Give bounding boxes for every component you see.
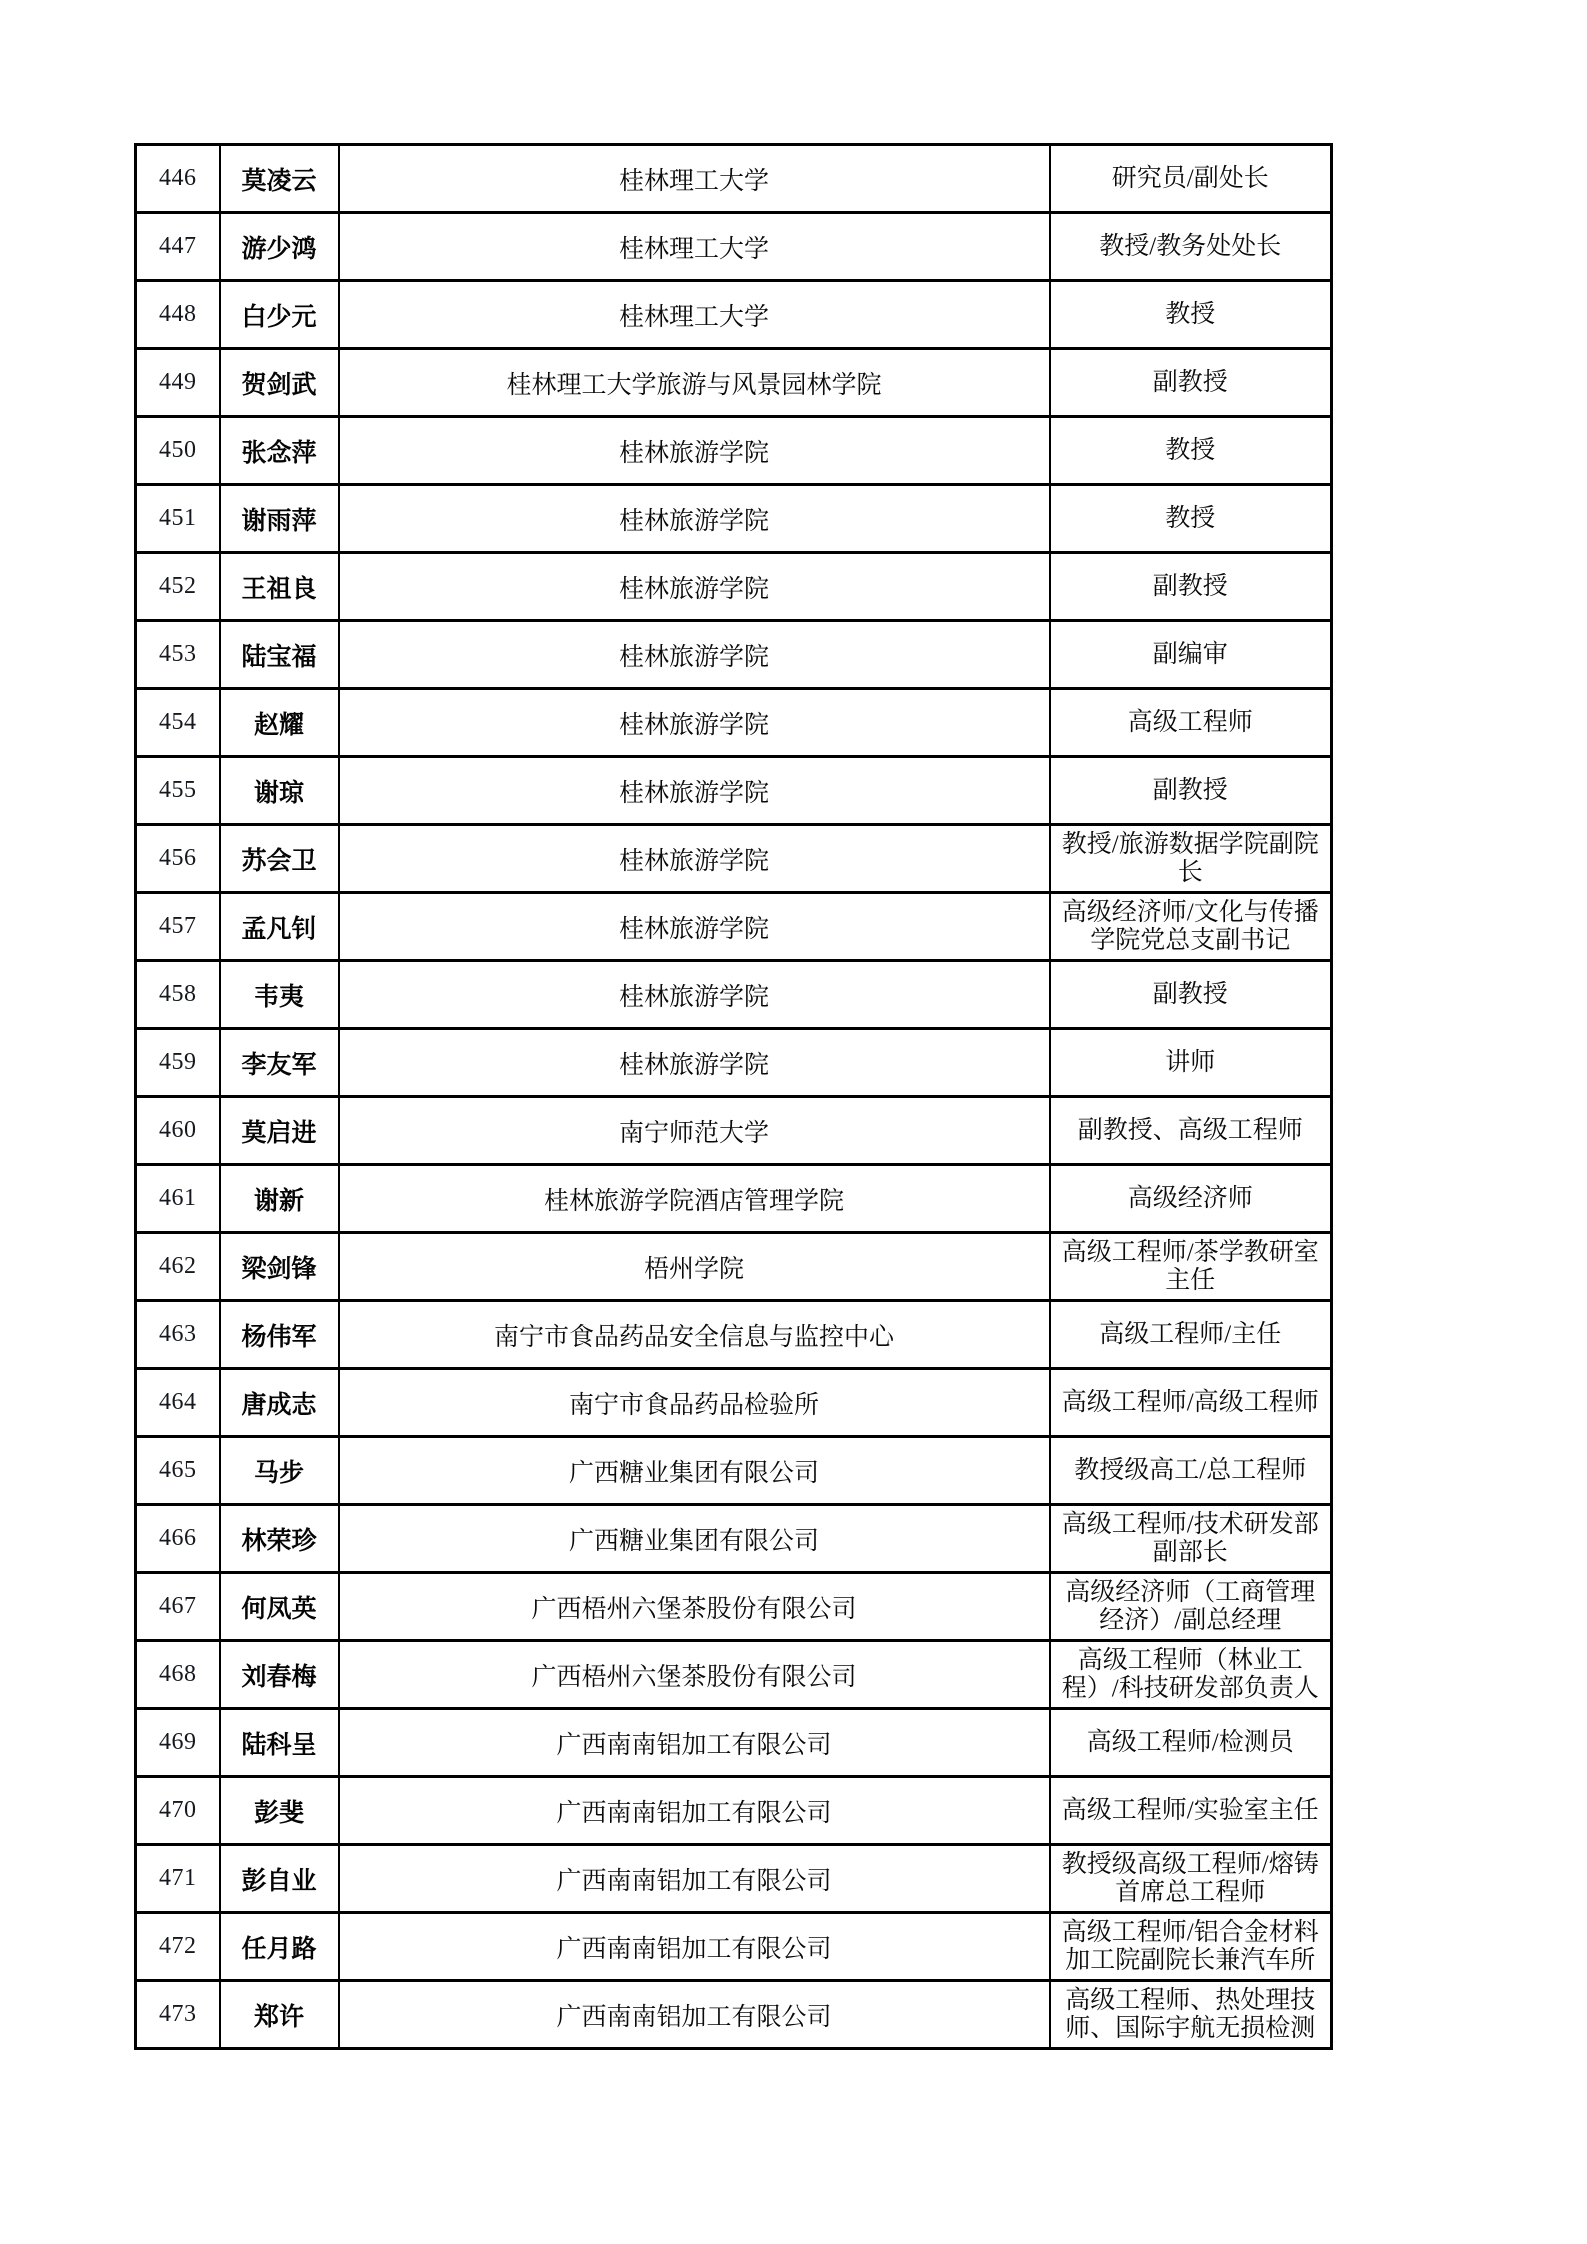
table-row: 450张念萍桂林旅游学院教授 [136,417,1332,485]
row-number-cell: 452 [136,553,220,621]
name-cell: 马步 [220,1437,339,1505]
organization-cell: 桂林旅游学院 [339,1029,1050,1097]
title-cell: 高级工程师（林业工程）/科技研发部负责人 [1050,1641,1332,1709]
title-cell: 研究员/副处长 [1050,145,1332,213]
name-cell: 白少元 [220,281,339,349]
personnel-roster-table: 446莫凌云桂林理工大学研究员/副处长447游少鸿桂林理工大学教授/教务处处长4… [134,143,1333,2050]
name-cell: 韦夷 [220,961,339,1029]
row-number-cell: 451 [136,485,220,553]
row-number-cell: 464 [136,1369,220,1437]
table-row: 454赵耀桂林旅游学院高级工程师 [136,689,1332,757]
row-number-cell: 457 [136,893,220,961]
organization-cell: 桂林旅游学院 [339,621,1050,689]
table-row: 471彭自业广西南南铝加工有限公司教授级高级工程师/熔铸首席总工程师 [136,1845,1332,1913]
table-row: 457孟凡钊桂林旅游学院高级经济师/文化与传播学院党总支副书记 [136,893,1332,961]
title-cell: 高级经济师（工商管理经济）/副总经理 [1050,1573,1332,1641]
name-cell: 杨伟军 [220,1301,339,1369]
row-number-cell: 470 [136,1777,220,1845]
name-cell: 谢新 [220,1165,339,1233]
title-cell: 副教授 [1050,961,1332,1029]
name-cell: 孟凡钊 [220,893,339,961]
name-cell: 赵耀 [220,689,339,757]
table-row: 458韦夷桂林旅游学院副教授 [136,961,1332,1029]
row-number-cell: 454 [136,689,220,757]
row-number-cell: 460 [136,1097,220,1165]
name-cell: 彭斐 [220,1777,339,1845]
table-row: 468刘春梅广西梧州六堡茶股份有限公司高级工程师（林业工程）/科技研发部负责人 [136,1641,1332,1709]
table-row: 448白少元桂林理工大学教授 [136,281,1332,349]
table-row: 449贺剑武桂林理工大学旅游与风景园林学院副教授 [136,349,1332,417]
table-row: 465马步广西糖业集团有限公司教授级高工/总工程师 [136,1437,1332,1505]
organization-cell: 桂林旅游学院酒店管理学院 [339,1165,1050,1233]
title-cell: 副教授 [1050,757,1332,825]
name-cell: 唐成志 [220,1369,339,1437]
table-row: 462梁剑锋梧州学院高级工程师/茶学教研室主任 [136,1233,1332,1301]
row-number-cell: 448 [136,281,220,349]
row-number-cell: 472 [136,1913,220,1981]
row-number-cell: 461 [136,1165,220,1233]
title-cell: 高级工程师 [1050,689,1332,757]
table-row: 456苏会卫桂林旅游学院教授/旅游数据学院副院长 [136,825,1332,893]
organization-cell: 桂林旅游学院 [339,825,1050,893]
name-cell: 苏会卫 [220,825,339,893]
organization-cell: 南宁师范大学 [339,1097,1050,1165]
row-number-cell: 466 [136,1505,220,1573]
table-row: 460莫启进南宁师范大学副教授、高级工程师 [136,1097,1332,1165]
organization-cell: 广西梧州六堡茶股份有限公司 [339,1573,1050,1641]
title-cell: 高级工程师/茶学教研室主任 [1050,1233,1332,1301]
table-row: 473郑许广西南南铝加工有限公司高级工程师、热处理技师、国际宇航无损检测 [136,1981,1332,2049]
organization-cell: 桂林理工大学 [339,145,1050,213]
table-row: 447游少鸿桂林理工大学教授/教务处处长 [136,213,1332,281]
row-number-cell: 446 [136,145,220,213]
name-cell: 何凤英 [220,1573,339,1641]
title-cell: 教授 [1050,281,1332,349]
organization-cell: 桂林旅游学院 [339,961,1050,1029]
row-number-cell: 447 [136,213,220,281]
name-cell: 莫凌云 [220,145,339,213]
row-number-cell: 449 [136,349,220,417]
row-number-cell: 463 [136,1301,220,1369]
title-cell: 教授级高工/总工程师 [1050,1437,1332,1505]
name-cell: 任月路 [220,1913,339,1981]
title-cell: 高级工程师/检测员 [1050,1709,1332,1777]
organization-cell: 桂林理工大学 [339,281,1050,349]
title-cell: 高级工程师/技术研发部副部长 [1050,1505,1332,1573]
organization-cell: 桂林旅游学院 [339,417,1050,485]
name-cell: 莫启进 [220,1097,339,1165]
organization-cell: 广西南南铝加工有限公司 [339,1913,1050,1981]
table-row: 464唐成志南宁市食品药品检验所高级工程师/高级工程师 [136,1369,1332,1437]
personnel-roster-body: 446莫凌云桂林理工大学研究员/副处长447游少鸿桂林理工大学教授/教务处处长4… [136,145,1332,2049]
title-cell: 教授/旅游数据学院副院长 [1050,825,1332,893]
row-number-cell: 467 [136,1573,220,1641]
name-cell: 陆宝福 [220,621,339,689]
row-number-cell: 450 [136,417,220,485]
organization-cell: 广西糖业集团有限公司 [339,1437,1050,1505]
organization-cell: 桂林旅游学院 [339,757,1050,825]
row-number-cell: 465 [136,1437,220,1505]
organization-cell: 广西梧州六堡茶股份有限公司 [339,1641,1050,1709]
organization-cell: 桂林旅游学院 [339,553,1050,621]
row-number-cell: 456 [136,825,220,893]
name-cell: 贺剑武 [220,349,339,417]
table-row: 472任月路广西南南铝加工有限公司高级工程师/铝合金材料加工院副院长兼汽车所 [136,1913,1332,1981]
organization-cell: 桂林理工大学 [339,213,1050,281]
name-cell: 王祖良 [220,553,339,621]
table-row: 467何凤英广西梧州六堡茶股份有限公司高级经济师（工商管理经济）/副总经理 [136,1573,1332,1641]
title-cell: 教授级高级工程师/熔铸首席总工程师 [1050,1845,1332,1913]
organization-cell: 桂林旅游学院 [339,689,1050,757]
name-cell: 林荣珍 [220,1505,339,1573]
title-cell: 讲师 [1050,1029,1332,1097]
table-row: 469陆科呈广西南南铝加工有限公司高级工程师/检测员 [136,1709,1332,1777]
name-cell: 郑许 [220,1981,339,2049]
row-number-cell: 458 [136,961,220,1029]
row-number-cell: 469 [136,1709,220,1777]
row-number-cell: 459 [136,1029,220,1097]
title-cell: 教授/教务处处长 [1050,213,1332,281]
row-number-cell: 462 [136,1233,220,1301]
organization-cell: 广西南南铝加工有限公司 [339,1777,1050,1845]
name-cell: 梁剑锋 [220,1233,339,1301]
title-cell: 高级工程师、热处理技师、国际宇航无损检测 [1050,1981,1332,2049]
title-cell: 高级工程师/高级工程师 [1050,1369,1332,1437]
name-cell: 李友军 [220,1029,339,1097]
organization-cell: 桂林理工大学旅游与风景园林学院 [339,349,1050,417]
organization-cell: 广西南南铝加工有限公司 [339,1845,1050,1913]
organization-cell: 桂林旅游学院 [339,893,1050,961]
title-cell: 高级经济师 [1050,1165,1332,1233]
name-cell: 谢琼 [220,757,339,825]
name-cell: 游少鸿 [220,213,339,281]
title-cell: 副教授、高级工程师 [1050,1097,1332,1165]
row-number-cell: 471 [136,1845,220,1913]
table-row: 461谢新桂林旅游学院酒店管理学院高级经济师 [136,1165,1332,1233]
row-number-cell: 468 [136,1641,220,1709]
title-cell: 教授 [1050,417,1332,485]
title-cell: 副编审 [1050,621,1332,689]
title-cell: 高级工程师/铝合金材料加工院副院长兼汽车所 [1050,1913,1332,1981]
table-row: 466林荣珍广西糖业集团有限公司高级工程师/技术研发部副部长 [136,1505,1332,1573]
table-row: 446莫凌云桂林理工大学研究员/副处长 [136,145,1332,213]
row-number-cell: 453 [136,621,220,689]
organization-cell: 梧州学院 [339,1233,1050,1301]
title-cell: 副教授 [1050,553,1332,621]
organization-cell: 南宁市食品药品检验所 [339,1369,1050,1437]
table-row: 452王祖良桂林旅游学院副教授 [136,553,1332,621]
table-row: 455谢琼桂林旅游学院副教授 [136,757,1332,825]
table-row: 451谢雨萍桂林旅游学院教授 [136,485,1332,553]
row-number-cell: 473 [136,1981,220,2049]
organization-cell: 桂林旅游学院 [339,485,1050,553]
title-cell: 教授 [1050,485,1332,553]
organization-cell: 广西南南铝加工有限公司 [339,1709,1050,1777]
organization-cell: 广西糖业集团有限公司 [339,1505,1050,1573]
name-cell: 谢雨萍 [220,485,339,553]
title-cell: 高级工程师/主任 [1050,1301,1332,1369]
table-row: 459李友军桂林旅游学院讲师 [136,1029,1332,1097]
name-cell: 陆科呈 [220,1709,339,1777]
name-cell: 张念萍 [220,417,339,485]
table-row: 463杨伟军南宁市食品药品安全信息与监控中心高级工程师/主任 [136,1301,1332,1369]
title-cell: 副教授 [1050,349,1332,417]
name-cell: 彭自业 [220,1845,339,1913]
title-cell: 高级工程师/实验室主任 [1050,1777,1332,1845]
name-cell: 刘春梅 [220,1641,339,1709]
row-number-cell: 455 [136,757,220,825]
organization-cell: 广西南南铝加工有限公司 [339,1981,1050,2049]
organization-cell: 南宁市食品药品安全信息与监控中心 [339,1301,1050,1369]
table-row: 470彭斐广西南南铝加工有限公司高级工程师/实验室主任 [136,1777,1332,1845]
title-cell: 高级经济师/文化与传播学院党总支副书记 [1050,893,1332,961]
table-row: 453陆宝福桂林旅游学院副编审 [136,621,1332,689]
